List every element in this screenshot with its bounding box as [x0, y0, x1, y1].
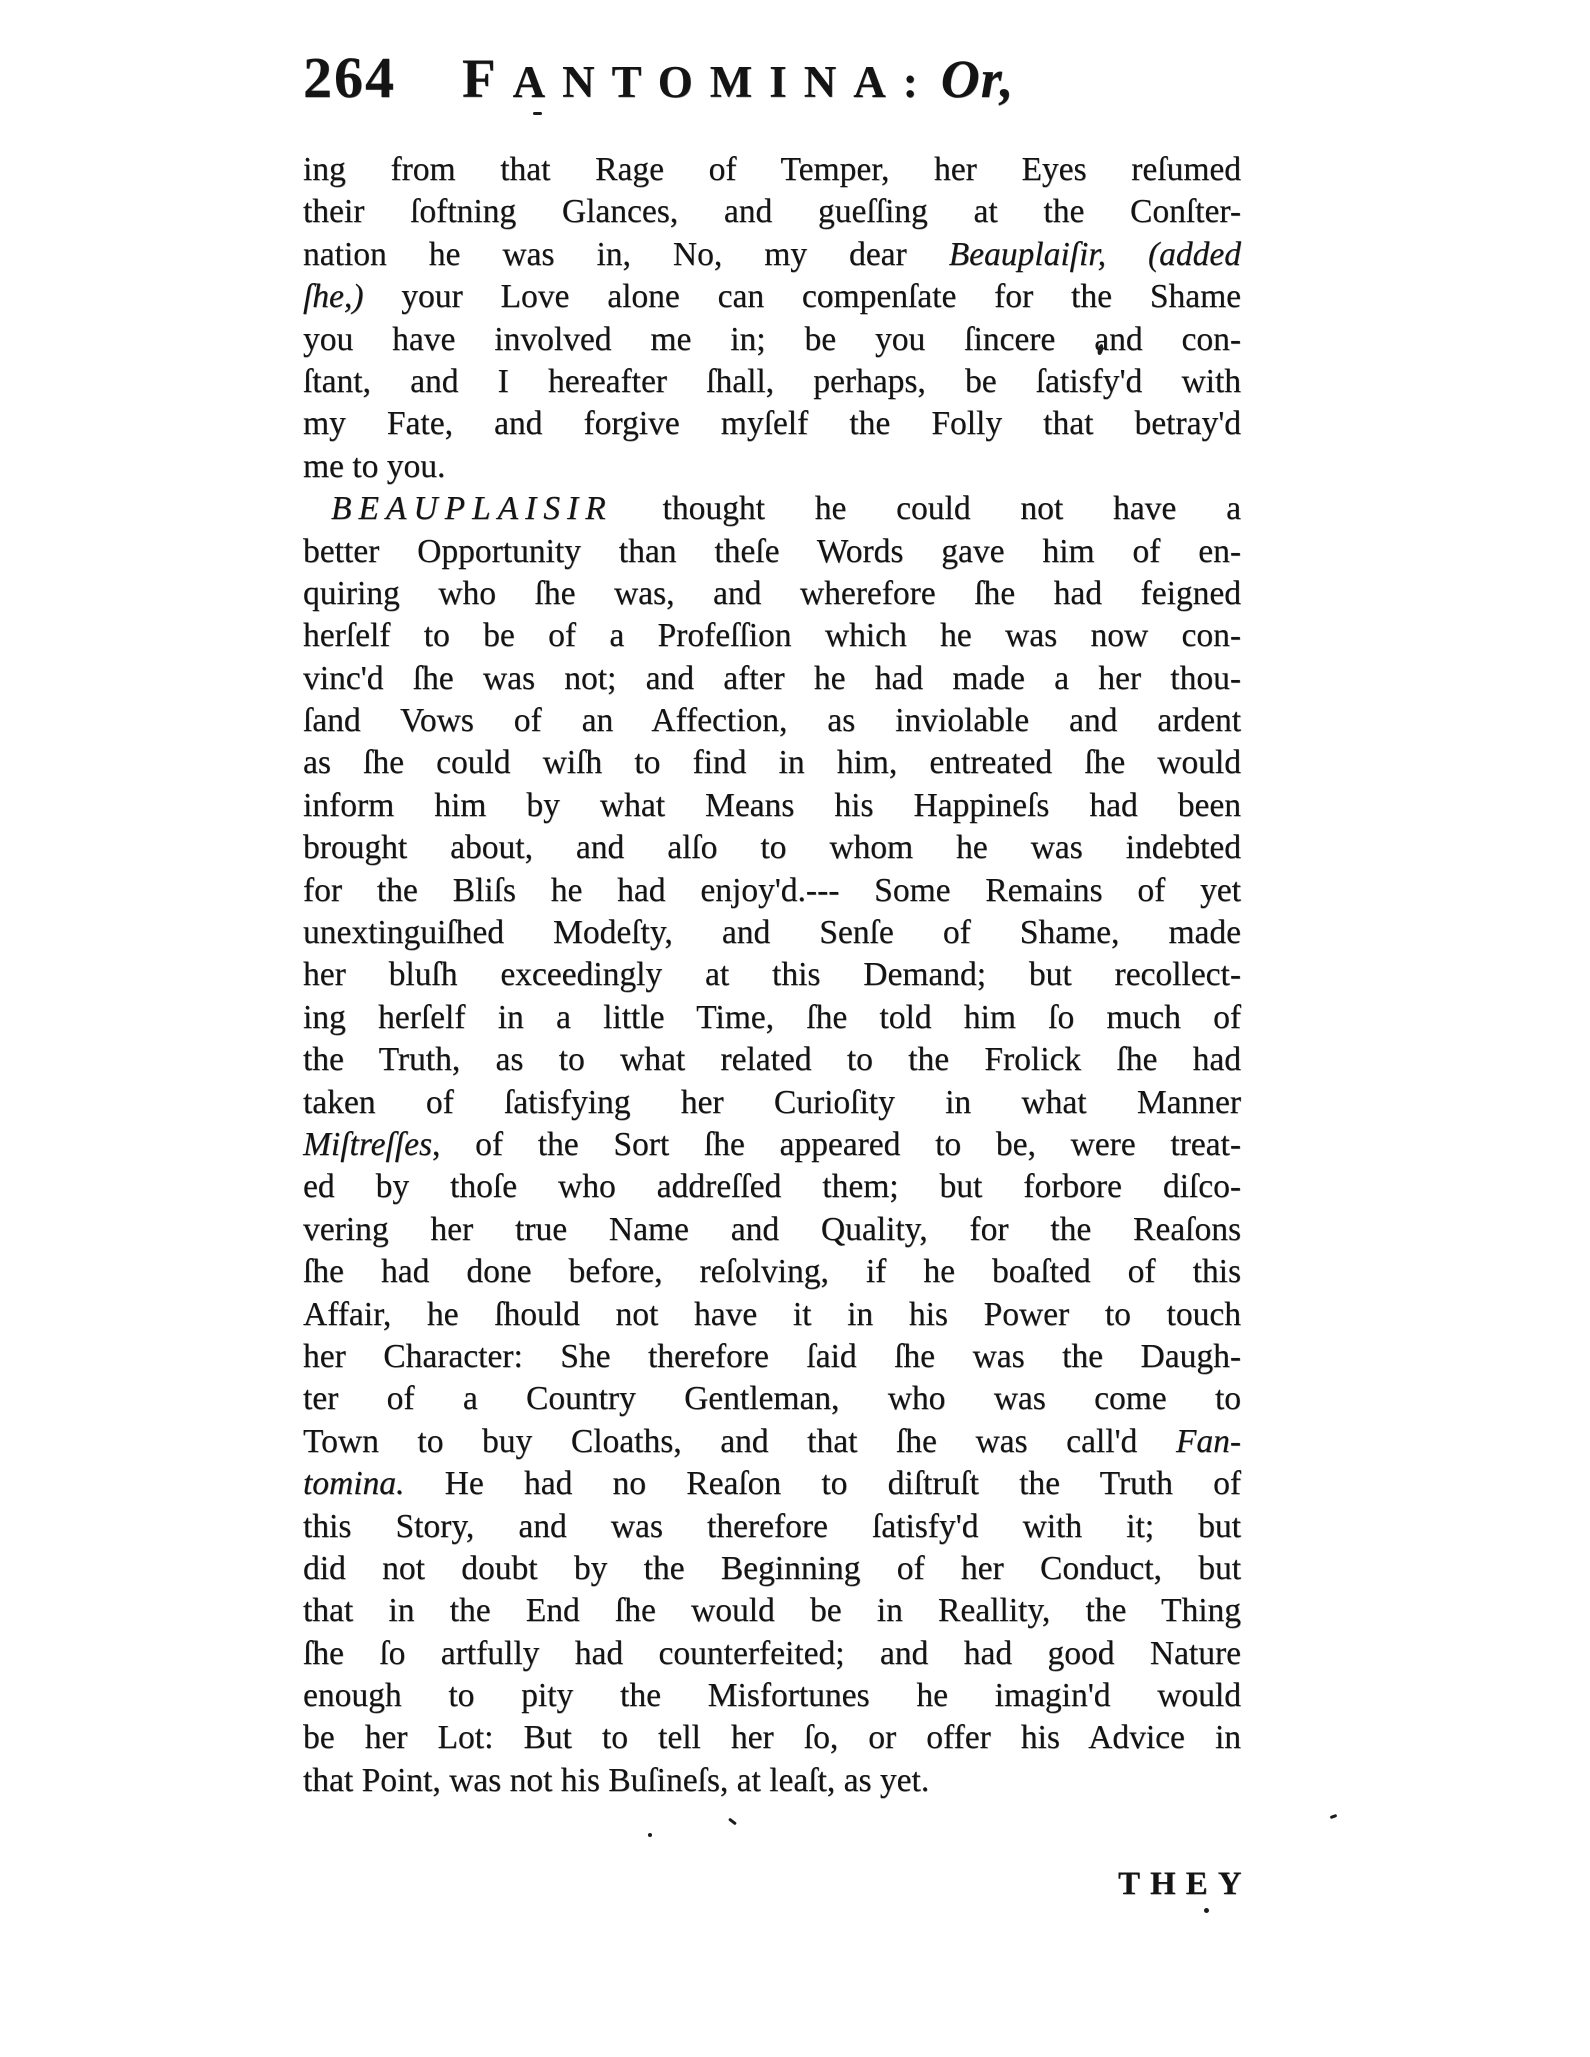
- text-segment: ed by thoſe who addreſſed them; but forb…: [303, 1168, 1241, 1205]
- text-segment: brought about, and alſo to whom he was i…: [303, 829, 1241, 866]
- text-segment: their ſoftning Glances, and gueſſing at …: [303, 193, 1241, 230]
- text-line: this Story, and was therefore ſatisfy'd …: [303, 1506, 1241, 1548]
- text-segment: thought he could not have a: [613, 490, 1241, 527]
- text-segment-italic: Fan-: [1176, 1423, 1241, 1460]
- text-segment: ſhe had done before, reſolving, if he bo…: [303, 1253, 1241, 1290]
- running-title-initial: F: [462, 48, 513, 109]
- text-segment: her Character: She therefore ſaid ſhe wa…: [303, 1338, 1241, 1375]
- text-line: ing herſelf in a little Time, ſhe told h…: [303, 997, 1241, 1039]
- text-line: brought about, and alſo to whom he was i…: [303, 827, 1241, 869]
- text-line: me to you.: [303, 446, 1241, 488]
- text-segment: ſhe ſo artfully had counterfeited; and h…: [303, 1635, 1241, 1672]
- text-segment-italic: BEAUPLAISIR: [331, 490, 613, 527]
- text-line: that Point, was not his Buſineſs, at lea…: [303, 1760, 1241, 1802]
- text-line: better Opportunity than theſe Words gave…: [303, 531, 1241, 573]
- text-line: tomina. He had no Reaſon to diſtruſt the…: [303, 1463, 1241, 1505]
- text-line: vinc'd ſhe was not; and after he had mad…: [303, 658, 1241, 700]
- text-segment: Affair, he ſhould not have it in his Pow…: [303, 1296, 1241, 1333]
- text-segment: my Fate, and forgive myſelf the Folly th…: [303, 405, 1241, 442]
- running-title-suffix: Or,: [941, 48, 1015, 110]
- text-segment: He had no Reaſon to diſtruſt the Truth o…: [404, 1465, 1241, 1502]
- scan-artifact: [1330, 1814, 1338, 1819]
- text-segment: be her Lot: But to tell her ſo, or offer…: [303, 1719, 1241, 1756]
- text-line: unextinguiſhed Modeſty, and Senſe of Sha…: [303, 912, 1241, 954]
- text-segment: your Love alone can compenſate for the S…: [363, 278, 1241, 315]
- text-segment: ter of a Country Gentleman, who was come…: [303, 1380, 1241, 1417]
- text-segment: the Truth, as to what related to the Fro…: [303, 1041, 1241, 1078]
- text-segment: for the Bliſs he had enjoy'd.--- Some Re…: [303, 872, 1241, 909]
- text-segment: vering her true Name and Quality, for th…: [303, 1211, 1241, 1248]
- scan-artifact: [533, 112, 542, 115]
- text-segment: quiring who ſhe was, and wherefore ſhe h…: [303, 575, 1241, 612]
- catchword: THEY: [1118, 1866, 1252, 1903]
- scan-artifact: [648, 1833, 652, 1837]
- text-line: quiring who ſhe was, and wherefore ſhe h…: [303, 573, 1241, 615]
- text-line: ing from that Rage of Temper, her Eyes r…: [303, 149, 1241, 191]
- text-line: the Truth, as to what related to the Fro…: [303, 1039, 1241, 1081]
- text-segment-italic: tomina.: [303, 1465, 404, 1502]
- text-line: as ſhe could wiſh to find in him, entrea…: [303, 742, 1241, 784]
- text-line: inform him by what Means his Happineſs h…: [303, 785, 1241, 827]
- text-line: Miſtreſſes, of the Sort ſhe appeared to …: [303, 1124, 1241, 1166]
- text-line: did not doubt by the Beginning of her Co…: [303, 1548, 1241, 1590]
- body-text: ing from that Rage of Temper, her Eyes r…: [303, 149, 1241, 1802]
- text-segment: Town to buy Cloaths, and that ſhe was ca…: [303, 1423, 1176, 1460]
- running-title: FANTOMINA:: [462, 47, 935, 110]
- text-line: ed by thoſe who addreſſed them; but forb…: [303, 1166, 1241, 1208]
- scan-artifact: [728, 1818, 737, 1826]
- text-line: my Fate, and forgive myſelf the Folly th…: [303, 403, 1241, 445]
- text-segment: that in the End ſhe would be in Reallity…: [303, 1592, 1241, 1629]
- text-segment: vinc'd ſhe was not; and after he had mad…: [303, 660, 1241, 697]
- text-segment: enough to pity the Misfortunes he imagin…: [303, 1677, 1241, 1714]
- text-line: her bluſh exceedingly at this Demand; bu…: [303, 954, 1241, 996]
- text-line: taken of ſatisfying her Curioſity in wha…: [303, 1082, 1241, 1124]
- text-line: ſtant, and I hereafter ſhall, perhaps, b…: [303, 361, 1241, 403]
- text-segment-italic: Beauplaiſir, (added: [949, 236, 1241, 273]
- text-line: their ſoftning Glances, and gueſſing at …: [303, 191, 1241, 233]
- text-segment: this Story, and was therefore ſatisfy'd …: [303, 1508, 1241, 1545]
- text-line: ſhe ſo artfully had counterfeited; and h…: [303, 1633, 1241, 1675]
- text-segment: taken of ſatisfying her Curioſity in wha…: [303, 1084, 1241, 1121]
- text-line: enough to pity the Misfortunes he imagin…: [303, 1675, 1241, 1717]
- book-page: 264 FANTOMINA: Or, ing from that Rage of…: [0, 0, 1590, 2057]
- text-segment: nation he was in, No, my dear: [303, 236, 949, 273]
- text-segment: herſelf to be of a Profeſſion which he w…: [303, 617, 1241, 654]
- text-segment: better Opportunity than theſe Words gave…: [303, 533, 1241, 570]
- text-line: ter of a Country Gentleman, who was come…: [303, 1378, 1241, 1420]
- text-segment: her bluſh exceedingly at this Demand; bu…: [303, 956, 1241, 993]
- text-segment: ſand Vows of an Affection, as inviolable…: [303, 702, 1241, 739]
- text-line: be her Lot: But to tell her ſo, or offer…: [303, 1717, 1241, 1759]
- text-segment: inform him by what Means his Happineſs h…: [303, 787, 1241, 824]
- text-line: that in the End ſhe would be in Reallity…: [303, 1590, 1241, 1632]
- running-title-caps: ANTOMINA:: [513, 57, 935, 107]
- text-line: herſelf to be of a Profeſſion which he w…: [303, 615, 1241, 657]
- text-segment: that Point, was not his Buſineſs, at lea…: [303, 1762, 929, 1799]
- text-line: Town to buy Cloaths, and that ſhe was ca…: [303, 1421, 1241, 1463]
- text-segment-italic: Miſtreſſes: [303, 1126, 432, 1163]
- text-line: vering her true Name and Quality, for th…: [303, 1209, 1241, 1251]
- text-segment: unextinguiſhed Modeſty, and Senſe of Sha…: [303, 914, 1241, 951]
- scan-artifact: [1204, 1908, 1209, 1913]
- text-segment: ſtant, and I hereafter ſhall, perhaps, b…: [303, 363, 1241, 400]
- text-line: Affair, he ſhould not have it in his Pow…: [303, 1294, 1241, 1336]
- page-header: 264 FANTOMINA: Or,: [303, 44, 1243, 111]
- page-number: 264: [303, 44, 396, 111]
- text-segment: did not doubt by the Beginning of her Co…: [303, 1550, 1241, 1587]
- text-line: BEAUPLAISIR thought he could not have a: [303, 488, 1241, 530]
- text-segment: me to you.: [303, 448, 445, 485]
- text-line: nation he was in, No, my dear Beauplaiſi…: [303, 234, 1241, 276]
- text-segment: ing from that Rage of Temper, her Eyes r…: [303, 151, 1241, 188]
- text-line: ſhe had done before, reſolving, if he bo…: [303, 1251, 1241, 1293]
- text-line: her Character: She therefore ſaid ſhe wa…: [303, 1336, 1241, 1378]
- text-segment-italic: ſhe,): [303, 278, 363, 315]
- text-segment: , of the Sort ſhe appeared to be, were t…: [432, 1126, 1241, 1163]
- text-line: ſhe,) your Love alone can compenſate for…: [303, 276, 1241, 318]
- text-line: for the Bliſs he had enjoy'd.--- Some Re…: [303, 870, 1241, 912]
- text-line: ſand Vows of an Affection, as inviolable…: [303, 700, 1241, 742]
- text-segment: as ſhe could wiſh to find in him, entrea…: [303, 744, 1241, 781]
- text-segment: ing herſelf in a little Time, ſhe told h…: [303, 999, 1241, 1036]
